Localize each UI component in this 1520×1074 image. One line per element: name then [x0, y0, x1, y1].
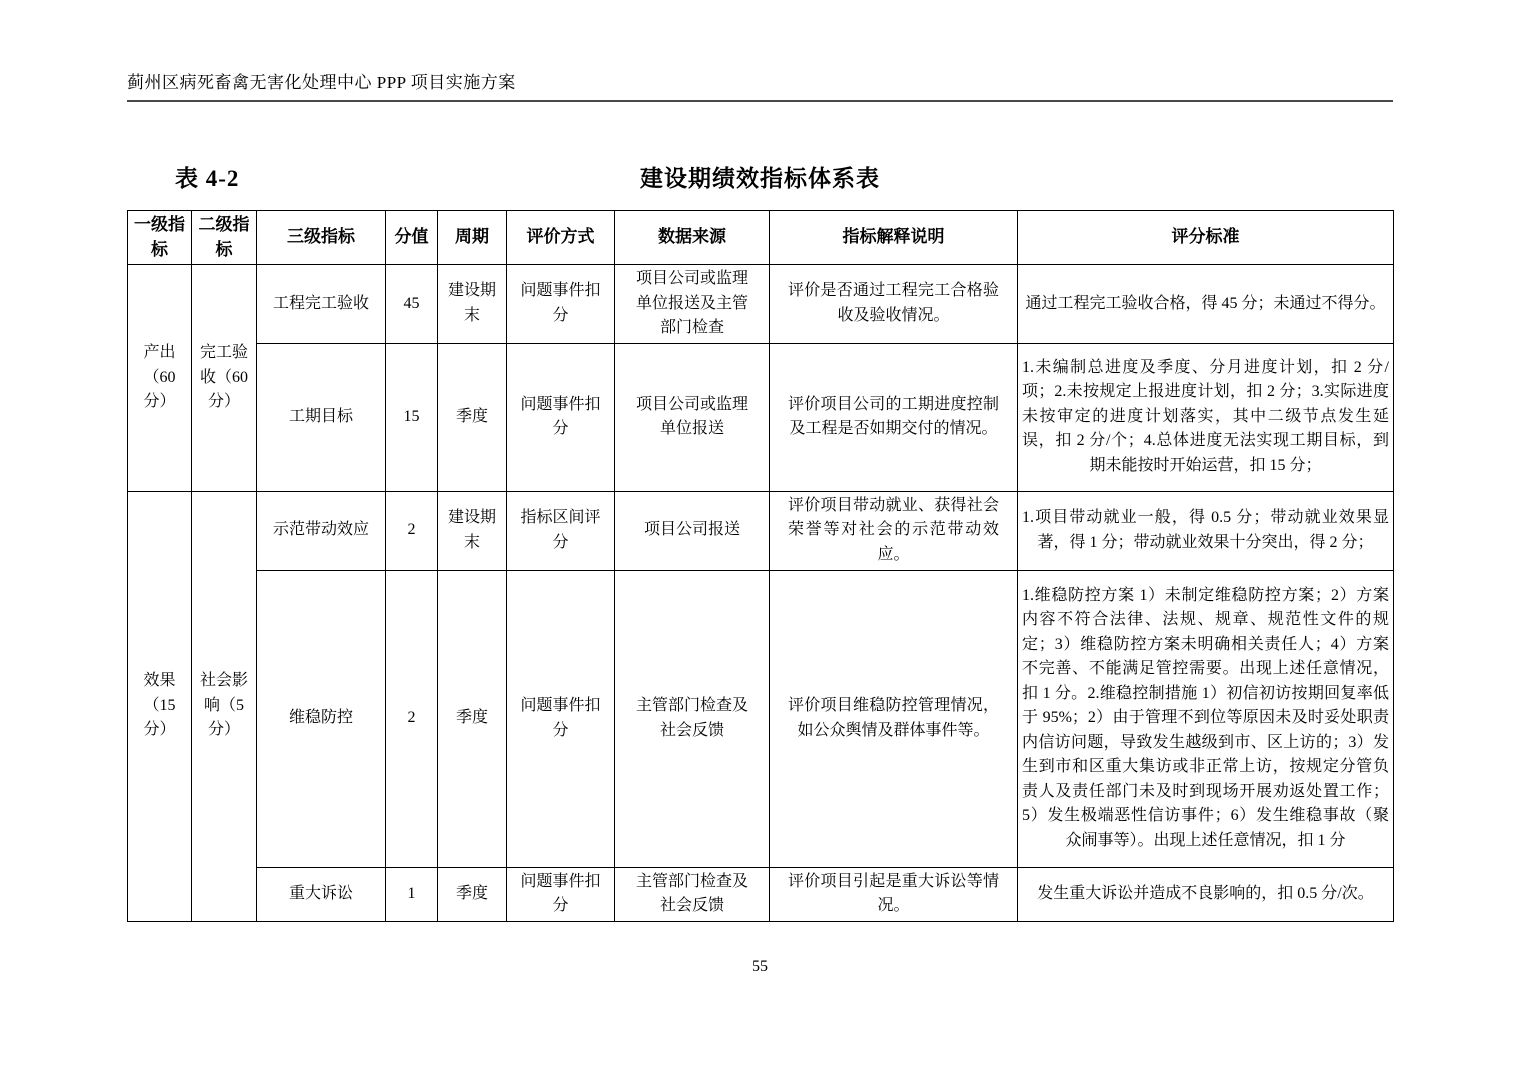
- cycle-cell: 季度: [438, 343, 507, 491]
- page-header: 蓟州区病死畜禽无害化处理中心 PPP 项目实施方案: [127, 68, 1393, 102]
- standard-cell: 发生重大诉讼并造成不良影响的，扣 0.5 分/次。: [1018, 867, 1394, 921]
- score-cell: 45: [386, 265, 438, 344]
- score-cell: 2: [386, 570, 438, 867]
- score-cell: 2: [386, 491, 438, 570]
- standard-cell: 1.维稳防控方案 1）未制定维稳防控方案；2）方案内容不符合法律、法规、规章、规…: [1018, 570, 1394, 867]
- table-row: 维稳防控 2 季度 问题事件扣分 主管部门检查及社会反馈 评价项目维稳防控管理情…: [128, 570, 1394, 867]
- indicator-name-cell: 工程完工验收: [257, 265, 386, 344]
- col-header-level1: 一级指标: [128, 211, 192, 265]
- method-cell: 指标区间评分: [507, 491, 615, 570]
- table-row: 工期目标 15 季度 问题事件扣分 项目公司或监理单位报送 评价项目公司的工期进…: [128, 343, 1394, 491]
- score-cell: 1: [386, 867, 438, 921]
- method-cell: 问题事件扣分: [507, 265, 615, 344]
- page-number: 55: [127, 958, 1393, 976]
- col-header-cycle: 周期: [438, 211, 507, 265]
- cycle-cell: 建设期末: [438, 265, 507, 344]
- col-header-source: 数据来源: [615, 211, 770, 265]
- explanation-cell: 评价项目维稳防控管理情况，如公众舆情及群体事件等。: [770, 570, 1018, 867]
- standard-cell: 1.未编制总进度及季度、分月进度计划，扣 2 分/项；2.未按规定上报进度计划，…: [1018, 343, 1394, 491]
- cycle-cell: 季度: [438, 570, 507, 867]
- level2-indicator-cell: 完工验收（60 分）: [192, 265, 257, 492]
- cycle-cell: 建设期末: [438, 491, 507, 570]
- page-header-text: 蓟州区病死畜禽无害化处理中心 PPP 项目实施方案: [127, 73, 516, 92]
- document-page: 蓟州区病死畜禽无害化处理中心 PPP 项目实施方案 建设期绩效指标体系表 表 4…: [0, 0, 1520, 1074]
- indicator-name-cell: 示范带动效应: [257, 491, 386, 570]
- level2-indicator-cell: 社会影响（5 分）: [192, 491, 257, 921]
- source-cell: 主管部门检查及社会反馈: [615, 570, 770, 867]
- indicator-name-cell: 工期目标: [257, 343, 386, 491]
- table-label: 表 4-2: [175, 160, 239, 193]
- explanation-cell: 评价项目带动就业、获得社会荣誉等对社会的示范带动效应。: [770, 491, 1018, 570]
- explanation-cell: 评价项目公司的工期进度控制及工程是否如期交付的情况。: [770, 343, 1018, 491]
- table-row: 效果（15 分） 社会影响（5 分） 示范带动效应 2 建设期末 指标区间评分 …: [128, 491, 1394, 570]
- table-header-row: 一级指标 二级指标 三级指标 分值 周期 评价方式 数据来源 指标解释说明 评分…: [128, 211, 1394, 265]
- table-caption-row: 建设期绩效指标体系表 表 4-2: [127, 160, 1393, 194]
- col-header-standard: 评分标准: [1018, 211, 1394, 265]
- cycle-cell: 季度: [438, 867, 507, 921]
- performance-indicator-table: 一级指标 二级指标 三级指标 分值 周期 评价方式 数据来源 指标解释说明 评分…: [127, 210, 1394, 922]
- method-cell: 问题事件扣分: [507, 867, 615, 921]
- table-row: 产出（60 分） 完工验收（60 分） 工程完工验收 45 建设期末 问题事件扣…: [128, 265, 1394, 344]
- col-header-score: 分值: [386, 211, 438, 265]
- col-header-explain: 指标解释说明: [770, 211, 1018, 265]
- score-cell: 15: [386, 343, 438, 491]
- explanation-cell: 评价项目引起是重大诉讼等情况。: [770, 867, 1018, 921]
- table-row: 重大诉讼 1 季度 问题事件扣分 主管部门检查及社会反馈 评价项目引起是重大诉讼…: [128, 867, 1394, 921]
- indicator-name-cell: 重大诉讼: [257, 867, 386, 921]
- source-cell: 项目公司或监理单位报送: [615, 343, 770, 491]
- table-title: 建设期绩效指标体系表: [127, 160, 1393, 193]
- source-cell: 主管部门检查及社会反馈: [615, 867, 770, 921]
- method-cell: 问题事件扣分: [507, 570, 615, 867]
- col-header-level2: 二级指标: [192, 211, 257, 265]
- source-cell: 项目公司或监理单位报送及主管部门检查: [615, 265, 770, 344]
- col-header-method: 评价方式: [507, 211, 615, 265]
- standard-cell: 通过工程完工验收合格，得 45 分；未通过不得分。: [1018, 265, 1394, 344]
- level1-indicator-cell: 效果（15 分）: [128, 491, 192, 921]
- level1-indicator-cell: 产出（60 分）: [128, 265, 192, 492]
- method-cell: 问题事件扣分: [507, 343, 615, 491]
- source-cell: 项目公司报送: [615, 491, 770, 570]
- standard-cell: 1.项目带动就业一般，得 0.5 分；带动就业效果显著，得 1 分；带动就业效果…: [1018, 491, 1394, 570]
- explanation-cell: 评价是否通过工程完工合格验收及验收情况。: [770, 265, 1018, 344]
- indicator-name-cell: 维稳防控: [257, 570, 386, 867]
- col-header-level3: 三级指标: [257, 211, 386, 265]
